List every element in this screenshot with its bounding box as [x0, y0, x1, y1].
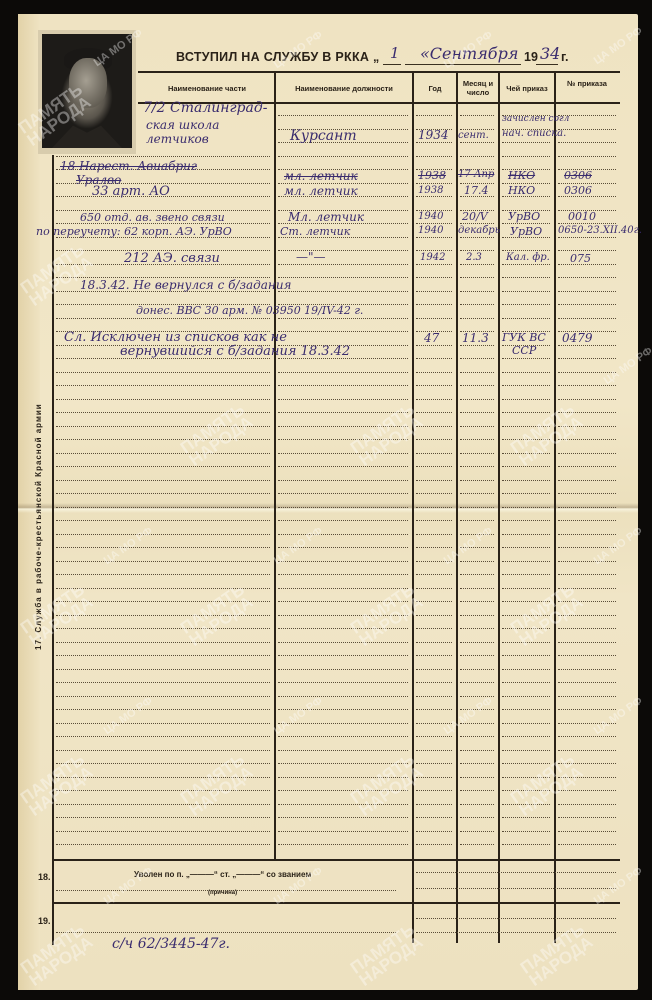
column-header-order-by: Чей приказ	[500, 84, 554, 93]
entry-date: сент.	[458, 130, 489, 141]
entry-year: 1940	[418, 225, 443, 236]
entry-unit: по переучету: 62 корп. АЭ. УрВО	[36, 225, 232, 238]
entry-order-no: 0479	[562, 331, 593, 345]
entry-note-missing: 18.3.42. Не вернулся с б/задания	[80, 278, 292, 292]
entry-order-by: УрВО	[510, 225, 542, 238]
entry-unit: 212 АЭ. связи	[124, 251, 220, 266]
entry-order-no: 0010	[568, 210, 596, 223]
entry-order-by: УрВО	[508, 210, 540, 223]
section-17-label: 17. Служба в рабоче-крестьянской Красной…	[34, 403, 43, 650]
entry-year: 1940	[418, 211, 443, 222]
section-18-number: 18.	[38, 872, 51, 882]
entry-unit: 7/2 Сталинград-	[143, 100, 267, 116]
entry-date: декабрь	[458, 225, 500, 236]
entry-order-by: Кал. фр.	[506, 252, 550, 263]
column-header-order-no: № приказа	[556, 79, 618, 88]
section-19-number: 19.	[38, 916, 51, 926]
entry-order-no: 0650-23.XII.40г.	[558, 225, 642, 236]
entry-position: Курсант	[290, 128, 357, 144]
entry-unit: летчиков	[146, 132, 209, 146]
column-header-date: Месяц и число	[458, 79, 498, 97]
entry-year: 1942	[420, 252, 445, 263]
entry-year: 1938	[418, 185, 443, 196]
column-header-year: Год	[414, 84, 456, 93]
entry-year: 1934	[418, 128, 449, 142]
column-header-unit: Наименование части	[140, 84, 274, 93]
entry-unit: 650 отд. ав. звено связи	[80, 211, 225, 224]
entry-position: мл. летчик	[284, 184, 358, 198]
entry-date: 2.3	[466, 252, 482, 263]
entry-order-by: ССР	[512, 344, 536, 357]
service-table: Наименование части Наименование должност…	[0, 0, 652, 1000]
section-18-text: Уволен по п. „———“ ст. „———“ со званием	[134, 870, 311, 879]
entry-position: Мл. летчик	[288, 210, 364, 224]
entry-order-no: 0306	[564, 184, 592, 197]
entry-unit: 33 арт. АО	[92, 184, 170, 199]
entry-date: 11.3	[462, 331, 489, 345]
entry-order-by: ГУК ВС	[502, 331, 546, 344]
entry-note-report: донес. ВВС 30 арм. № 03950 19/IV-42 г.	[136, 304, 363, 317]
entry-date: 17.4	[464, 184, 489, 197]
column-header-position: Наименование должности	[276, 84, 412, 93]
entry-order-no: 075	[570, 252, 591, 265]
entry-order-by: НКО	[508, 184, 535, 197]
entry-position: Ст. летчик	[280, 225, 350, 238]
entry-order-by: зачислен согл	[502, 114, 569, 124]
entry-unit-struck: 18 Нарест. Авиабриг	[60, 159, 197, 173]
entry-year: 47	[424, 331, 439, 345]
entry-unit: ская школа	[146, 118, 219, 132]
entry-position: —"—	[296, 250, 326, 264]
entry-note-excluded: вернувшийся с б/задания 18.3.42	[120, 344, 350, 359]
entry-note-excluded: Сл. Исключен из списков как не	[64, 330, 287, 345]
archive-reference-note: с/ч 62/3445-47г.	[112, 936, 230, 952]
section-18-sub: (причина)	[208, 890, 237, 896]
entry-position-struck: мл. летчик	[284, 169, 358, 183]
entry-date: 20/V	[462, 210, 488, 223]
entry-order-by: нач. списка.	[502, 128, 566, 139]
